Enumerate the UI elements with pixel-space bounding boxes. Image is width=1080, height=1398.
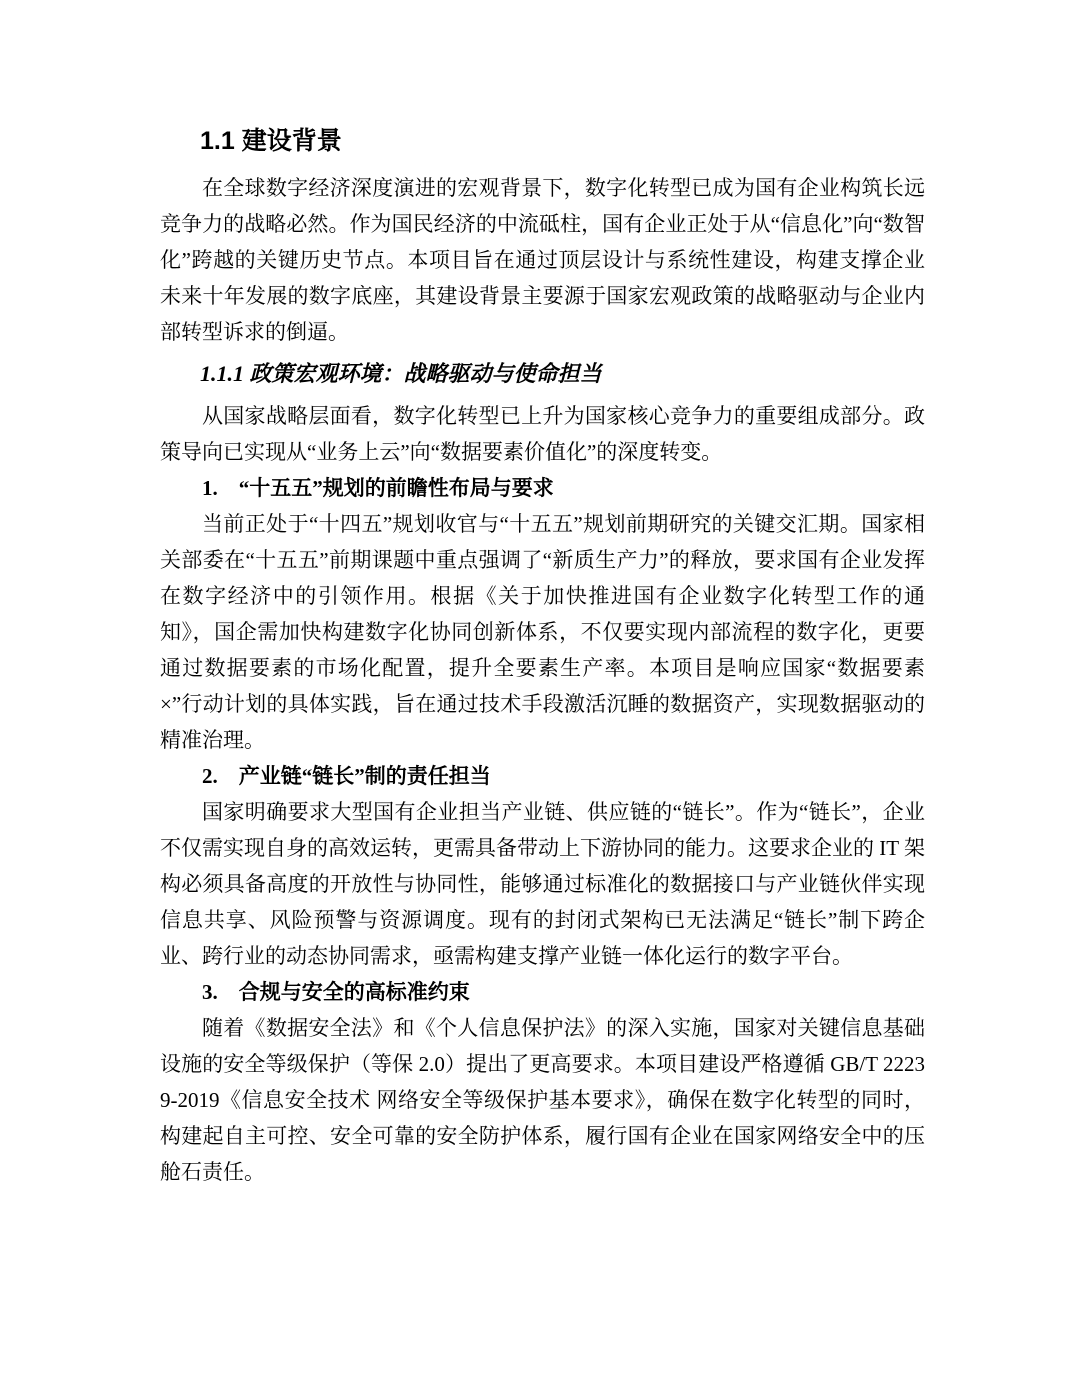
subsection-heading: 1.1.1 政策宏观环境：战略驱动与使命担当 [160,356,925,392]
numbered-item-3-heading: 3. 合规与安全的高标准约束 [160,974,925,1010]
numbered-item-3-paragraph: 随着《数据安全法》和《个人信息保护法》的深入实施，国家对关键信息基础设施的安全等… [160,1010,925,1190]
intro-paragraph: 在全球数字经济深度演进的宏观背景下，数字化转型已成为国有企业构筑长远竞争力的战略… [160,170,925,350]
numbered-item-1-paragraph: 当前正处于“十四五”规划收官与“十五五”规划前期研究的关键交汇期。国家相关部委在… [160,506,925,758]
document-page: 1.1 建设背景 在全球数字经济深度演进的宏观背景下，数字化转型已成为国有企业构… [0,0,1080,1398]
section-heading: 1.1 建设背景 [160,126,925,156]
numbered-item-2-heading: 2. 产业链“链长”制的责任担当 [160,758,925,794]
numbered-item-2-paragraph: 国家明确要求大型国有企业担当产业链、供应链的“链长”。作为“链长”，企业不仅需实… [160,794,925,974]
subsection-paragraph: 从国家战略层面看，数字化转型已上升为国家核心竞争力的重要组成部分。政策导向已实现… [160,398,925,470]
numbered-item-1-heading: 1. “十五五”规划的前瞻性布局与要求 [160,470,925,506]
